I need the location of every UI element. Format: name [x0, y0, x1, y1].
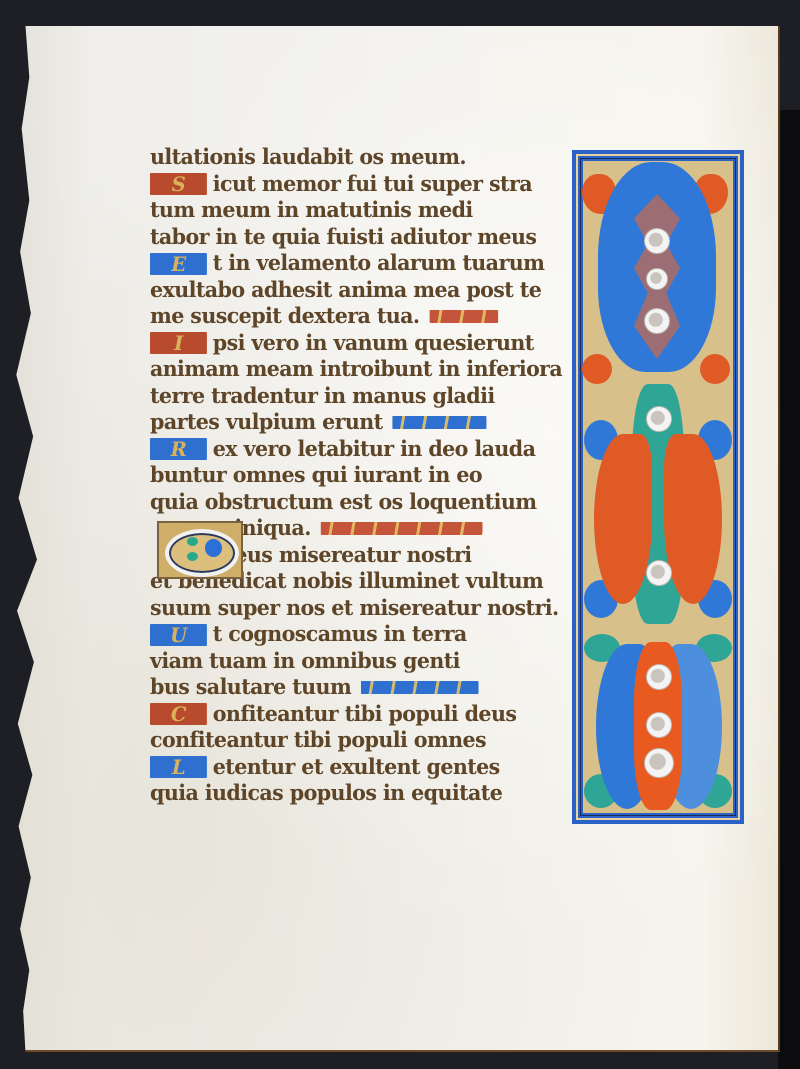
text-line: buntur omnes qui iurant in eo: [150, 461, 562, 488]
initial-u: U: [150, 624, 207, 646]
acanthus-section-bottom: [576, 624, 740, 820]
text-line: Ut cognoscamus in terra: [150, 620, 562, 647]
text-line: Letentur et exultent gentes: [150, 753, 562, 780]
text-line: animam meam introibunt in inferiora: [150, 355, 560, 382]
acanthus-section-middle: [576, 384, 740, 624]
text-line: Et in velamento alarum tuarum: [150, 249, 562, 276]
text-line: Ipsi vero in vanum quesierunt: [150, 329, 562, 356]
initial-s: S: [150, 173, 207, 195]
text-column: ultationis laudabit os meum. Sicut memor…: [150, 143, 570, 806]
line-filler-red: [429, 310, 498, 323]
initial-e: E: [150, 253, 207, 275]
text-line: bus salutare tuum: [150, 673, 562, 700]
initial-r: R: [150, 438, 207, 460]
text-line: quia iudicas populos in equitate: [150, 779, 562, 806]
text-line: ultationis laudabit os meum.: [150, 143, 562, 170]
text-line: terre tradentur in manus gladii: [150, 382, 562, 409]
text-line: me suscepit dextera tua.: [150, 302, 562, 329]
text-line: confiteantur tibi populi omnes: [150, 726, 562, 753]
text-line: quia obstructum est os loquentium: [150, 488, 562, 515]
text-line: Confiteantur tibi populi deus: [150, 700, 562, 727]
initial-c: C: [150, 703, 207, 725]
decorative-border-panel: [572, 150, 744, 824]
text-line: suum super nos et misereatur nostri.: [150, 594, 562, 621]
text-line: partes vulpium erunt: [150, 408, 562, 435]
illuminated-initial-d: [157, 521, 243, 579]
text-line: viam tuam in omnibus genti: [150, 647, 562, 674]
background-shadow: [778, 110, 800, 1069]
text-line: tabor in te quia fuisti adiutor meus: [150, 223, 562, 250]
initial-l: L: [150, 756, 207, 778]
text-line: Sicut memor fui tui super stra: [150, 170, 562, 197]
acanthus-section-top: [576, 154, 740, 384]
line-filler-blue: [392, 416, 486, 429]
flower-icon: [205, 539, 222, 557]
text-line: tum meum in matutinis medi: [150, 196, 562, 223]
text-line: exultabo adhesit anima mea post te: [150, 276, 562, 303]
line-filler-blue: [361, 681, 479, 694]
line-filler-red: [321, 522, 483, 535]
initial-i: I: [150, 332, 207, 354]
text-line: Rex vero letabitur in deo lauda: [150, 435, 562, 462]
